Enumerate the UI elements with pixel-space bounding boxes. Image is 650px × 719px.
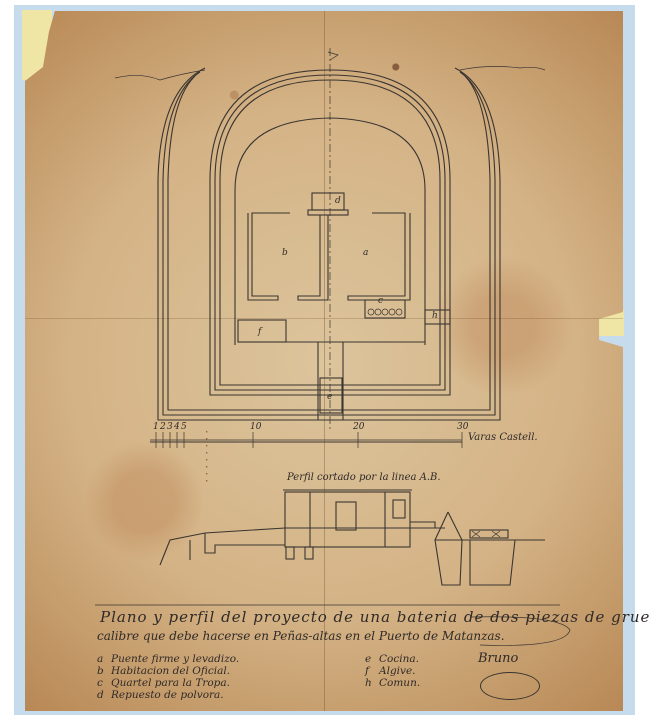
legend-key: c xyxy=(97,677,107,689)
profile-section xyxy=(160,490,545,585)
central-buildings xyxy=(238,193,450,342)
legend-label: Quartel para la Tropa. xyxy=(111,677,230,689)
legend-key: b xyxy=(97,665,107,677)
legend-key: h xyxy=(365,677,375,689)
scale-tick-5: 5 xyxy=(181,422,187,432)
plan-label-d: d xyxy=(335,196,341,206)
plan-label-h: h xyxy=(432,311,438,321)
legend-label: Repuesto de polvora. xyxy=(111,689,224,701)
terrain-line-right xyxy=(460,66,545,70)
entrance-bridge xyxy=(318,342,343,420)
plan-label-a: a xyxy=(363,248,368,258)
legend-item: b Habitacion del Oficial. xyxy=(97,665,239,677)
scale-tick-30: 30 xyxy=(457,422,468,432)
signature: Bruno xyxy=(478,651,518,666)
scale-tick-20: 20 xyxy=(353,422,364,432)
scale-tick-10: 10 xyxy=(250,422,261,432)
scale-bar xyxy=(150,432,462,448)
signature-flourish-icon xyxy=(480,672,540,700)
legend-item: d Repuesto de polvora. xyxy=(97,689,239,701)
legend-item: c Quartel para la Tropa. xyxy=(97,677,239,689)
plan-label-b: b xyxy=(282,248,288,258)
red-ink-annotation: · · · · · · · · xyxy=(200,430,213,570)
legend-label: Algive. xyxy=(379,665,416,677)
scale-tick-1: 1 xyxy=(153,422,159,432)
legend-label: Cocina. xyxy=(379,653,419,665)
plan-label-e: e xyxy=(327,392,332,402)
plan-label-c: c xyxy=(378,296,383,306)
legend-label: Comun. xyxy=(379,677,420,689)
plan-label-f: f xyxy=(258,327,261,337)
legend-item: a Puente firme y levadizo. xyxy=(97,653,239,665)
flag-marker-icon xyxy=(328,52,338,60)
legend-item: f Algive. xyxy=(365,665,420,677)
scale-tick-4: 4 xyxy=(174,422,180,432)
outer-rampart xyxy=(158,68,500,420)
legend-label: Habitacion del Oficial. xyxy=(111,665,230,677)
legend-key: d xyxy=(97,689,107,701)
scale-tick-2: 2 xyxy=(160,422,166,432)
section-title: Perfil cortado por la linea A.B. xyxy=(287,472,441,483)
legend-key: e xyxy=(365,653,375,665)
scale-tick-3: 3 xyxy=(167,422,173,432)
document-title-line-2: calibre que debe hacerse en Peñas-altas … xyxy=(97,629,505,643)
document-title-line-1: Plano y perfil del proyecto de una bater… xyxy=(100,608,650,626)
legend-key: a xyxy=(97,653,107,665)
legend-left: a Puente firme y levadizo. b Habitacion … xyxy=(97,653,239,701)
legend-item: e Cocina. xyxy=(365,653,420,665)
legend-item: h Comun. xyxy=(365,677,420,689)
legend-label: Puente firme y levadizo. xyxy=(111,653,239,665)
scale-unit-label: Varas Castell. xyxy=(468,432,538,443)
legend-key: f xyxy=(365,665,375,677)
legend-right: e Cocina. f Algive. h Comun. xyxy=(365,653,420,689)
